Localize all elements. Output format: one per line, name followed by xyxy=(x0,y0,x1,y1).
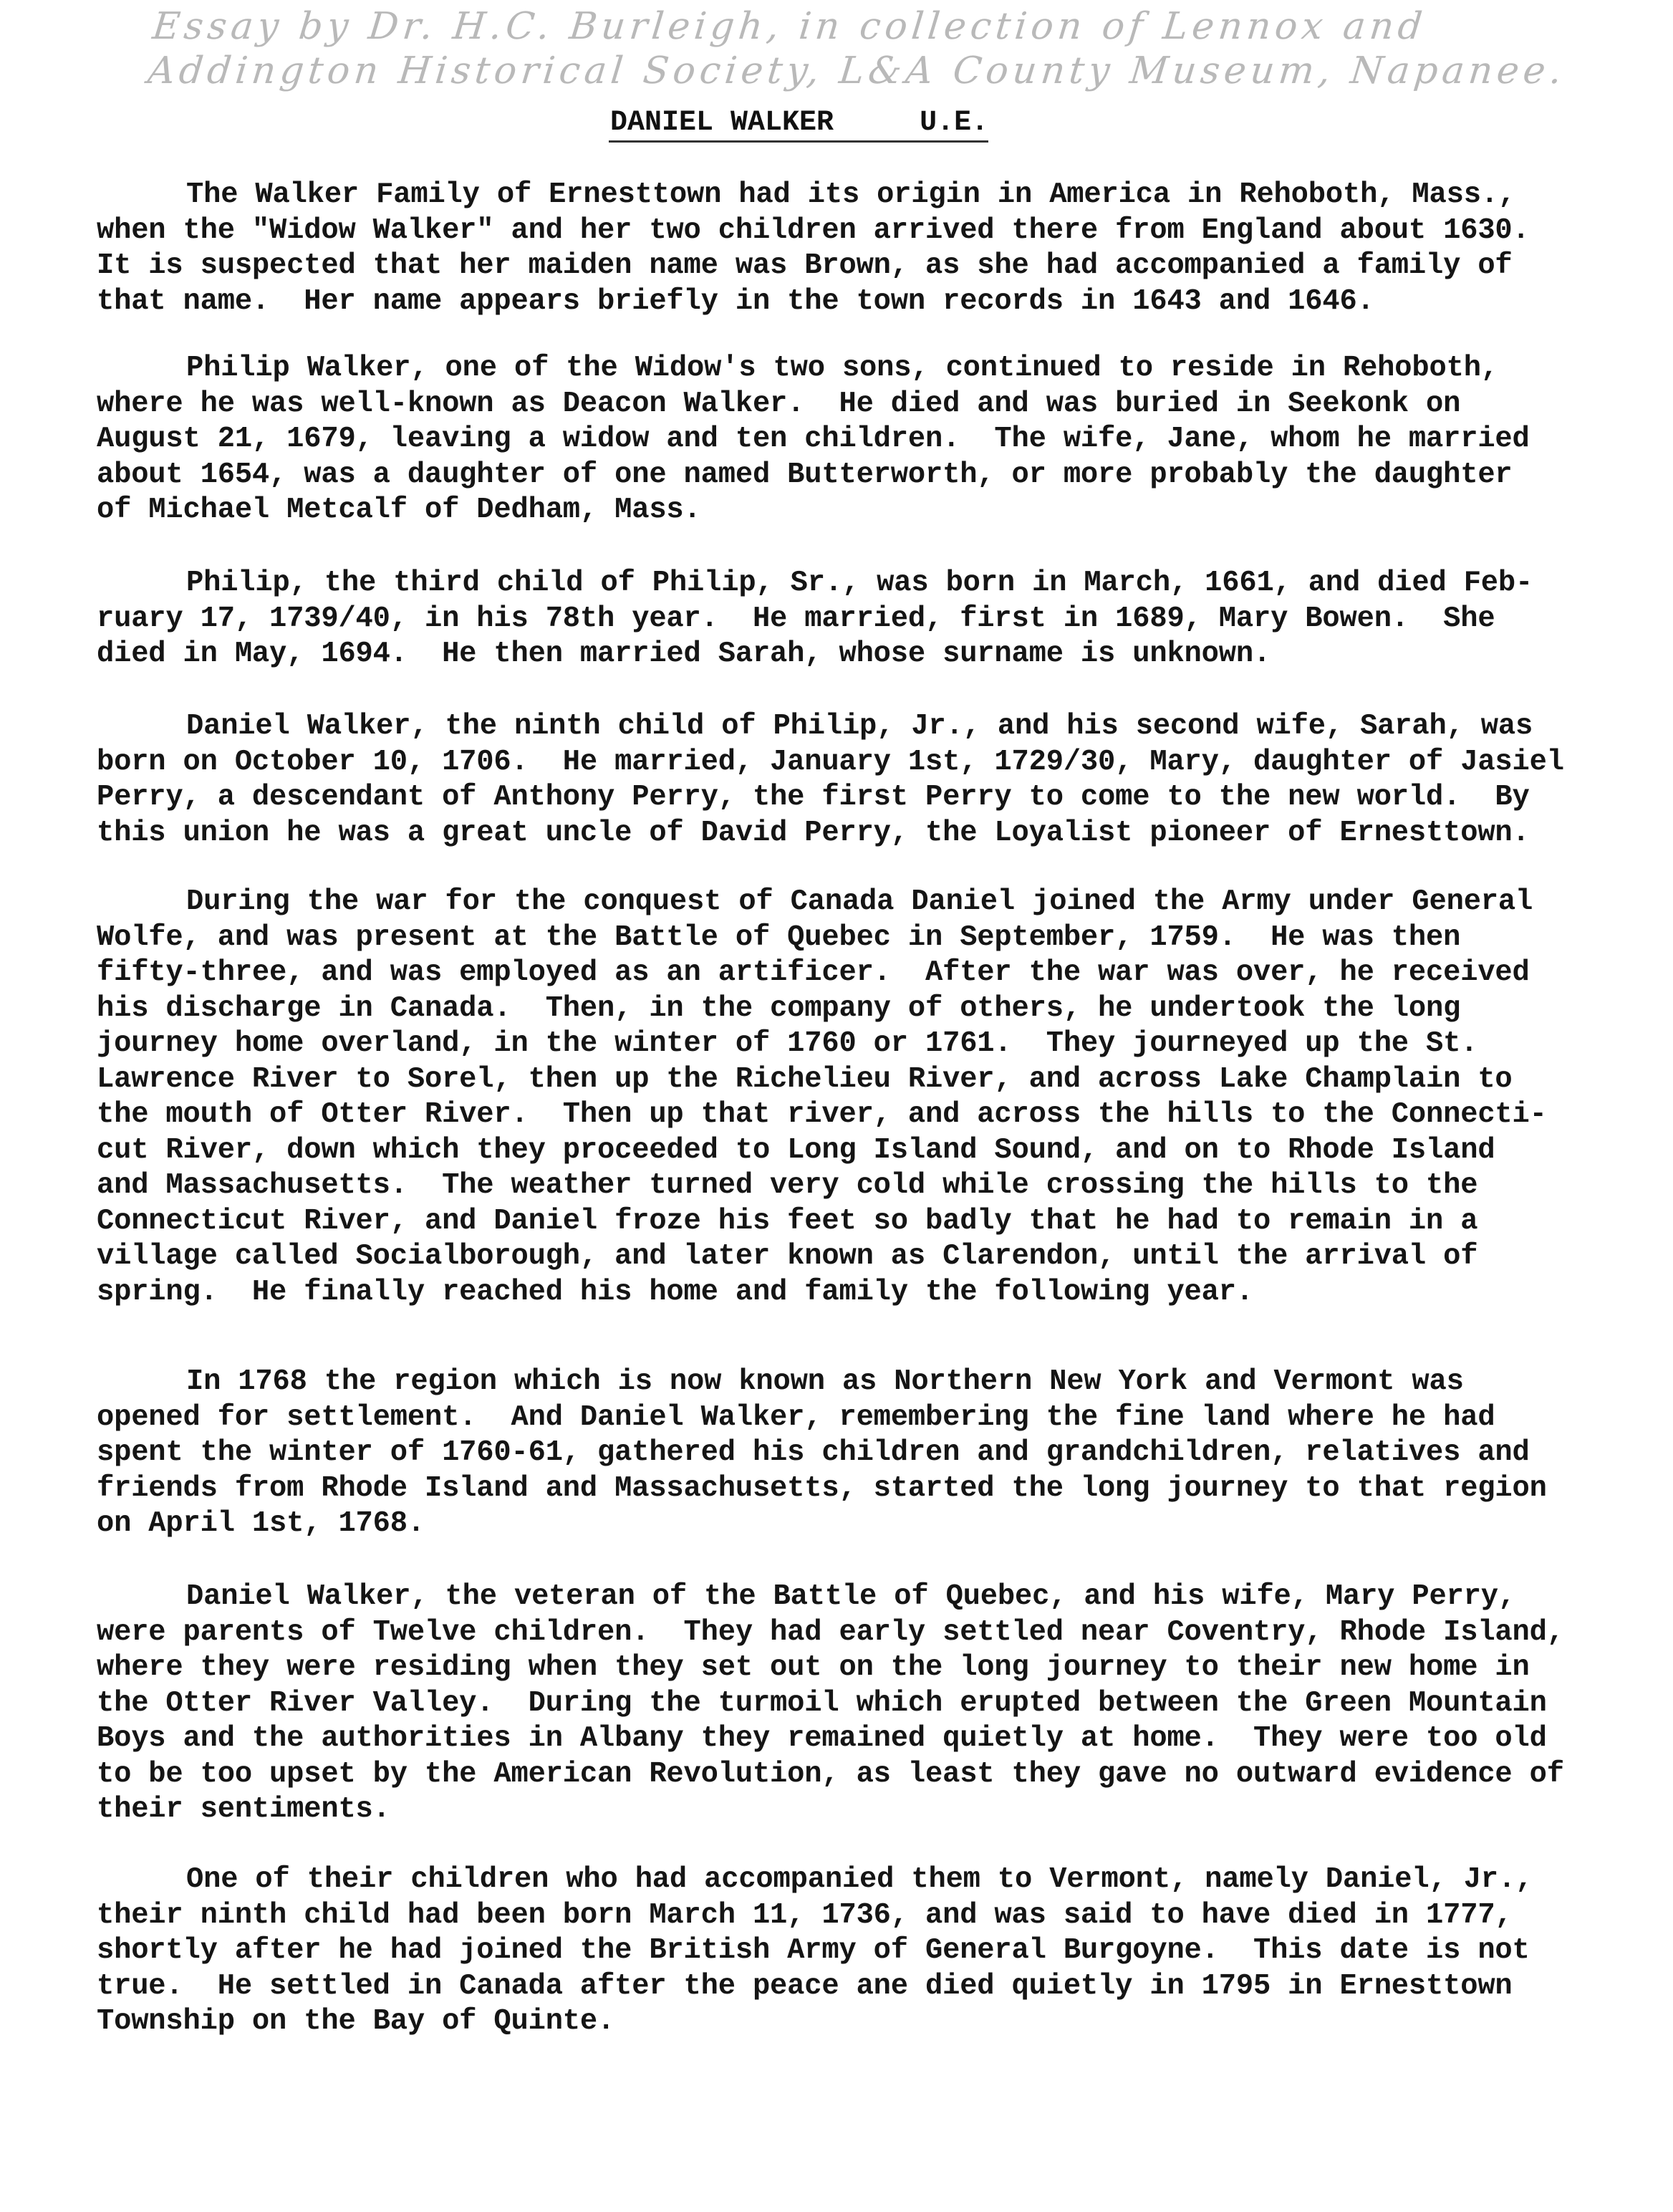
paragraph: During the war for the conquest of Canad… xyxy=(97,885,1547,1310)
text-line: friends from Rhode Island and Massachuse… xyxy=(97,1471,1547,1507)
paragraph: One of their children who had accompanie… xyxy=(97,1862,1533,2040)
handwritten-annotation: Essay by Dr. H.C. Burleigh, in collectio… xyxy=(145,4,1501,93)
paragraph: In 1768 the region which is now known as… xyxy=(97,1365,1547,1542)
text-line: opened for settlement. And Daniel Walker… xyxy=(97,1400,1547,1436)
text-line: the Otter River Valley. During the turmo… xyxy=(97,1686,1564,1722)
text-line: Boys and the authorities in Albany they … xyxy=(97,1721,1564,1757)
text-line: cut River, down which they proceeded to … xyxy=(97,1133,1547,1169)
text-line: when the "Widow Walker" and her two chil… xyxy=(97,213,1530,249)
text-line: this union he was a great uncle of David… xyxy=(97,816,1564,852)
text-line: and Massachusetts. The weather turned ve… xyxy=(97,1168,1547,1204)
text-line: Connecticut River, and Daniel froze his … xyxy=(97,1204,1547,1240)
text-line: died in May, 1694. He then married Sarah… xyxy=(97,637,1533,673)
text-line: their sentiments. xyxy=(97,1792,1564,1828)
text-line: journey home overland, in the winter of … xyxy=(97,1026,1547,1062)
handwritten-line: Essay by Dr. H.C. Burleigh, in collectio… xyxy=(150,4,1502,49)
text-line: village called Socialborough, and later … xyxy=(97,1239,1547,1275)
handwritten-line: Addington Historical Society, L&A County… xyxy=(145,49,1497,93)
paragraph: Philip, the third child of Philip, Sr., … xyxy=(97,566,1533,673)
text-line: of Michael Metcalf of Dedham, Mass. xyxy=(97,493,1530,529)
text-line: to be too upset by the American Revoluti… xyxy=(97,1757,1564,1793)
text-line: One of their children who had accompanie… xyxy=(97,1862,1533,1898)
text-line: August 21, 1679, leaving a widow and ten… xyxy=(97,422,1530,458)
paragraph: The Walker Family of Ernesttown had its … xyxy=(97,178,1530,319)
paragraph: Daniel Walker, the ninth child of Philip… xyxy=(97,709,1564,851)
text-line: spring. He finally reached his home and … xyxy=(97,1275,1547,1311)
paragraph: Daniel Walker, the veteran of the Battle… xyxy=(97,1579,1564,1828)
text-line: In 1768 the region which is now known as… xyxy=(97,1365,1547,1400)
text-line: about 1654, was a daughter of one named … xyxy=(97,458,1530,494)
text-line: Lawrence River to Sorel, then up the Ric… xyxy=(97,1062,1547,1098)
text-line: on April 1st, 1768. xyxy=(97,1506,1547,1542)
text-line: ruary 17, 1739/40, in his 78th year. He … xyxy=(97,602,1533,638)
text-line: their ninth child had been born March 11… xyxy=(97,1898,1533,1934)
text-line: shortly after he had joined the British … xyxy=(97,1933,1533,1969)
paragraph: Philip Walker, one of the Widow's two so… xyxy=(97,351,1530,529)
text-line: Philip Walker, one of the Widow's two so… xyxy=(97,351,1530,387)
text-line: Daniel Walker, the veteran of the Battle… xyxy=(97,1579,1564,1615)
text-line: born on October 10, 1706. He married, Ja… xyxy=(97,745,1564,781)
text-line: fifty-three, and was employed as an arti… xyxy=(97,956,1547,991)
text-line: where they were residing when they set o… xyxy=(97,1650,1564,1686)
text-line: where he was well-known as Deacon Walker… xyxy=(97,387,1530,423)
text-line: Township on the Bay of Quinte. xyxy=(97,2004,1533,2040)
title-underline xyxy=(609,140,988,143)
text-line: Wolfe, and was present at the Battle of … xyxy=(97,920,1547,956)
text-line: Philip, the third child of Philip, Sr., … xyxy=(97,566,1533,602)
text-line: The Walker Family of Ernesttown had its … xyxy=(97,178,1530,213)
document-page: Essay by Dr. H.C. Burleigh, in collectio… xyxy=(0,0,1673,2212)
text-line: true. He settled in Canada after the pea… xyxy=(97,1969,1533,2005)
text-line: Perry, a descendant of Anthony Perry, th… xyxy=(97,780,1564,816)
text-line: that name. Her name appears briefly in t… xyxy=(97,284,1530,320)
document-title: DANIEL WALKER U.E. xyxy=(610,106,988,140)
text-line: the mouth of Otter River. Then up that r… xyxy=(97,1097,1547,1133)
text-line: his discharge in Canada. Then, in the co… xyxy=(97,991,1547,1027)
text-line: spent the winter of 1760-61, gathered hi… xyxy=(97,1436,1547,1471)
text-line: Daniel Walker, the ninth child of Philip… xyxy=(97,709,1564,745)
text-line: During the war for the conquest of Canad… xyxy=(97,885,1547,920)
text-line: were parents of Twelve children. They ha… xyxy=(97,1615,1564,1651)
text-line: It is suspected that her maiden name was… xyxy=(97,249,1530,284)
